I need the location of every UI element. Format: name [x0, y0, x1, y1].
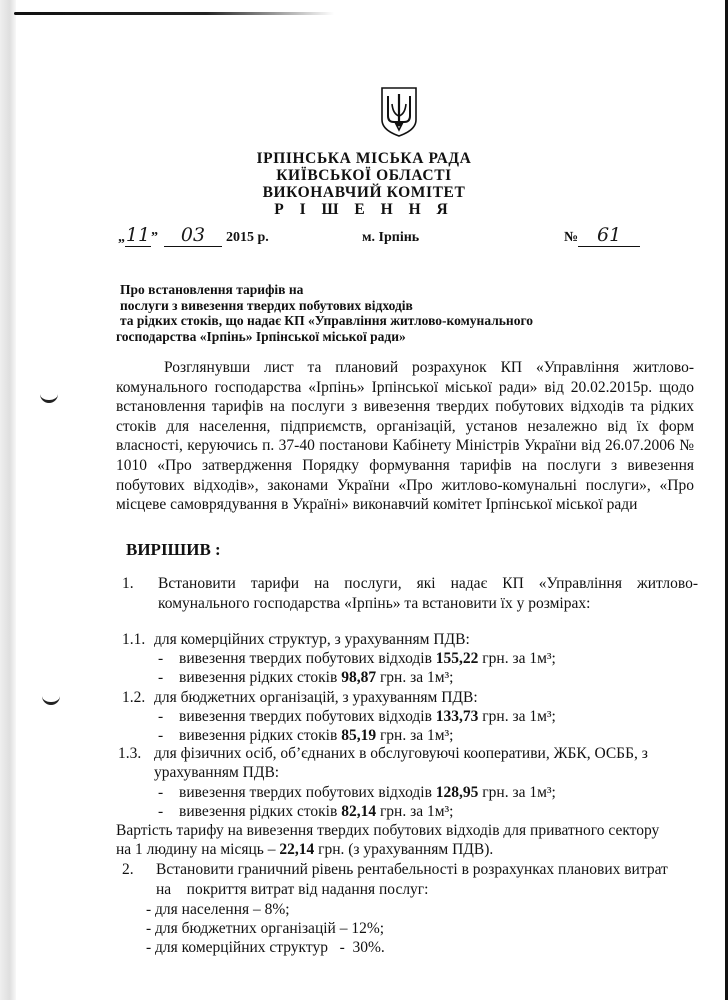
rate-value: 155,22: [436, 650, 479, 667]
rate-value: 128,95: [436, 784, 479, 801]
profitability-level: - для бюджетних організацій – 12%;: [146, 919, 384, 939]
subject-line: та рідких стоків, що надає КП «Управлінн…: [120, 313, 533, 329]
dash: -: [158, 784, 163, 801]
item-text: Встановити граничний рівень рентабельнос…: [156, 860, 690, 880]
item-number: 1.: [122, 574, 134, 594]
rate-line: - вивезення рідких стоків 85,19 грн. за …: [158, 726, 453, 746]
city: м. Ірпінь: [362, 230, 419, 246]
tariff-value: 22,14: [279, 841, 314, 858]
subject-line: Про встановлення тарифів на: [120, 282, 533, 298]
dash: -: [158, 669, 163, 686]
rate-line: - вивезення рідких стоків 82,14 грн. за …: [158, 802, 453, 822]
date-day: „11”: [118, 224, 158, 247]
item-text: Встановити тарифи на послуги, які надає …: [158, 574, 698, 613]
profitability-level: - для населення – 8%;: [146, 900, 290, 920]
handwritten-month: 03: [164, 224, 222, 247]
rate-unit: грн. за 1м³;: [376, 727, 453, 744]
subitem-number: 1.2.: [122, 688, 145, 708]
rate-unit: грн. за 1м³;: [478, 708, 555, 725]
rate-label: вивезення рідких стоків: [179, 803, 341, 820]
subitem-number: 1.3.: [118, 744, 141, 764]
rate-unit: грн. за 1м³;: [376, 803, 453, 820]
item-number: 2.: [122, 860, 134, 880]
decision-subject: Про встановлення тарифів на послуги з ви…: [116, 282, 533, 344]
private-sector-tariff-line2: на 1 людину на місяць – 22,14 грн. (з ур…: [116, 840, 493, 860]
committee-name: ВИКОНАВЧИЙ КОМІТЕТ: [0, 184, 728, 201]
rate-unit: грн. за 1м³;: [376, 669, 453, 686]
open-quote: „: [118, 230, 125, 245]
document-type: Р І Ш Е Н Н Я: [0, 201, 728, 218]
rate-label: вивезення твердих побутових відходів: [179, 708, 436, 725]
subitem-text: для фізичних осіб, об’єднаних в обслугов…: [154, 744, 688, 764]
subject-line: послуги з вивезення твердих побутових ві…: [120, 298, 533, 314]
preamble-paragraph: Розглянувши лист та плановий розрахунок …: [116, 358, 694, 515]
rate-value: 85,19: [341, 727, 376, 744]
subitem-text: для комерційних структур, з урахуванням …: [154, 630, 688, 650]
rate-label: вивезення рідких стоків: [179, 727, 341, 744]
dash: -: [158, 803, 163, 820]
rate-value: 133,73: [436, 708, 479, 725]
private-sector-tariff-line1: Вартість тарифу на вивезення твердих поб…: [116, 821, 659, 841]
punch-hole-mark: [40, 392, 58, 403]
subitem-text: для бюджетних організацій, з урахуванням…: [154, 688, 688, 708]
subitem-number: 1.1.: [122, 630, 145, 650]
meta-row: „11” 03 2015 р. м. Ірпінь №61: [118, 228, 678, 252]
rate-line: - вивезення твердих побутових відходів 1…: [158, 783, 556, 803]
dash: -: [158, 650, 163, 667]
resolved-heading: ВИРІШИВ :: [126, 540, 221, 560]
subitem-text-continued: урахуванням ПДВ:: [154, 763, 279, 783]
item-2-text-continued: на покриття витрат від надання послуг:: [156, 880, 428, 900]
handwritten-day: 11: [125, 224, 151, 247]
rate-value: 98,87: [341, 669, 376, 686]
rate-line: - вивезення твердих побутових відходів 1…: [158, 707, 556, 727]
rate-label: вивезення твердих побутових відходів: [179, 784, 436, 801]
dash: -: [158, 708, 163, 725]
dash: -: [158, 727, 163, 744]
rate-value: 82,14: [341, 803, 376, 820]
punch-hole-mark: [42, 694, 60, 705]
region-name: КИЇВСЬКОЇ ОБЛАСТІ: [0, 167, 728, 184]
rate-unit: грн. за 1м³;: [478, 784, 555, 801]
number-label: №: [564, 230, 578, 245]
decision-number: №61: [564, 224, 640, 247]
subject-line: господарства «Ірпінь» Ірпінської міської…: [116, 329, 533, 345]
date-year: 2015 р.: [226, 230, 269, 246]
scan-top-line: [14, 12, 334, 15]
tariff-unit: грн. (з урахуванням ПДВ).: [314, 841, 493, 858]
handwritten-number: 61: [578, 224, 640, 247]
trident-emblem-icon: [380, 86, 418, 138]
rate-line: - вивезення рідких стоків 98,87 грн. за …: [158, 668, 453, 688]
council-name: ІРПІНСЬКА МІСЬКА РАДА: [0, 150, 728, 167]
document-header: ІРПІНСЬКА МІСЬКА РАДА КИЇВСЬКОЇ ОБЛАСТІ …: [0, 150, 728, 218]
rate-label: вивезення рідких стоків: [179, 669, 341, 686]
rate-label: вивезення твердих побутових відходів: [179, 650, 436, 667]
close-quote: ”: [151, 230, 158, 245]
profitability-level: - для комерційних структур - 30%.: [146, 938, 385, 958]
rate-line: - вивезення твердих побутових відходів 1…: [158, 649, 556, 669]
rate-unit: грн. за 1м³;: [478, 650, 555, 667]
tariff-label: на 1 людину на місяць –: [116, 841, 279, 858]
